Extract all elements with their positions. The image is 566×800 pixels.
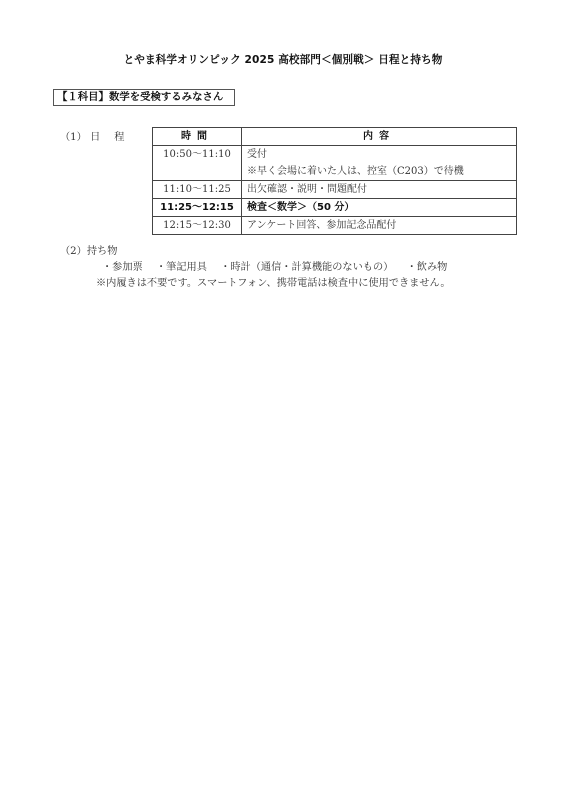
schedule-label-char-1: 日 [90, 132, 100, 143]
schedule-header-row: 時間 内容 [153, 128, 517, 146]
belongings-note: ※内履きは不要です。スマートフォン、携帯電話は検査中に使用できません。 [96, 274, 451, 289]
belongings-list: ・参加票 ・筆記用具 ・時計（通信・計算機能のないもの） ・飲み物 [102, 258, 457, 273]
table-row-highlight: 11:25～12:15 検査＜数学＞（50 分） [153, 199, 517, 217]
row-content-line: 受付 [247, 146, 511, 163]
row-time: 11:25～12:15 [153, 199, 242, 217]
header-content: 内容 [242, 128, 517, 146]
schedule-table: 時間 内容 10:50～11:10 受付 ※早く会場に着いた人は、控室（C203… [152, 127, 517, 235]
table-row: 10:50～11:10 受付 ※早く会場に着いた人は、控室（C203）で待機 [153, 146, 517, 181]
row-content-note: ※早く会場に着いた人は、控室（C203）で待機 [247, 163, 511, 180]
row-time: 11:10～11:25 [153, 181, 242, 199]
row-time: 10:50～11:10 [153, 146, 242, 181]
schedule-label-number: （1） [60, 132, 87, 143]
document-title: とやま科学オリンピック 2025 高校部門＜個別戦＞ 日程と持ち物 [0, 52, 566, 67]
schedule-label: （1） 日程 [60, 128, 124, 143]
table-row: 11:10～11:25 出欠確認・説明・問題配付 [153, 181, 517, 199]
belongings-label: （2）持ち物 [60, 242, 117, 257]
belonging-item: ・参加票 [102, 262, 143, 273]
table-row: 12:15～12:30 アンケート回答、参加記念品配付 [153, 217, 517, 235]
belonging-item: ・時計（通信・計算機能のないもの） [220, 262, 393, 273]
belonging-item: ・筆記用具 [156, 262, 207, 273]
belonging-item: ・飲み物 [407, 262, 448, 273]
row-content: 出欠確認・説明・問題配付 [242, 181, 517, 199]
row-content: 検査＜数学＞（50 分） [242, 199, 517, 217]
section-heading: 【１科目】数学を受検するみなさん [53, 89, 235, 106]
row-content: アンケート回答、参加記念品配付 [242, 217, 517, 235]
header-time: 時間 [153, 128, 242, 146]
row-content: 受付 ※早く会場に着いた人は、控室（C203）で待機 [242, 146, 517, 181]
schedule-label-char-2: 程 [114, 132, 124, 143]
row-time: 12:15～12:30 [153, 217, 242, 235]
